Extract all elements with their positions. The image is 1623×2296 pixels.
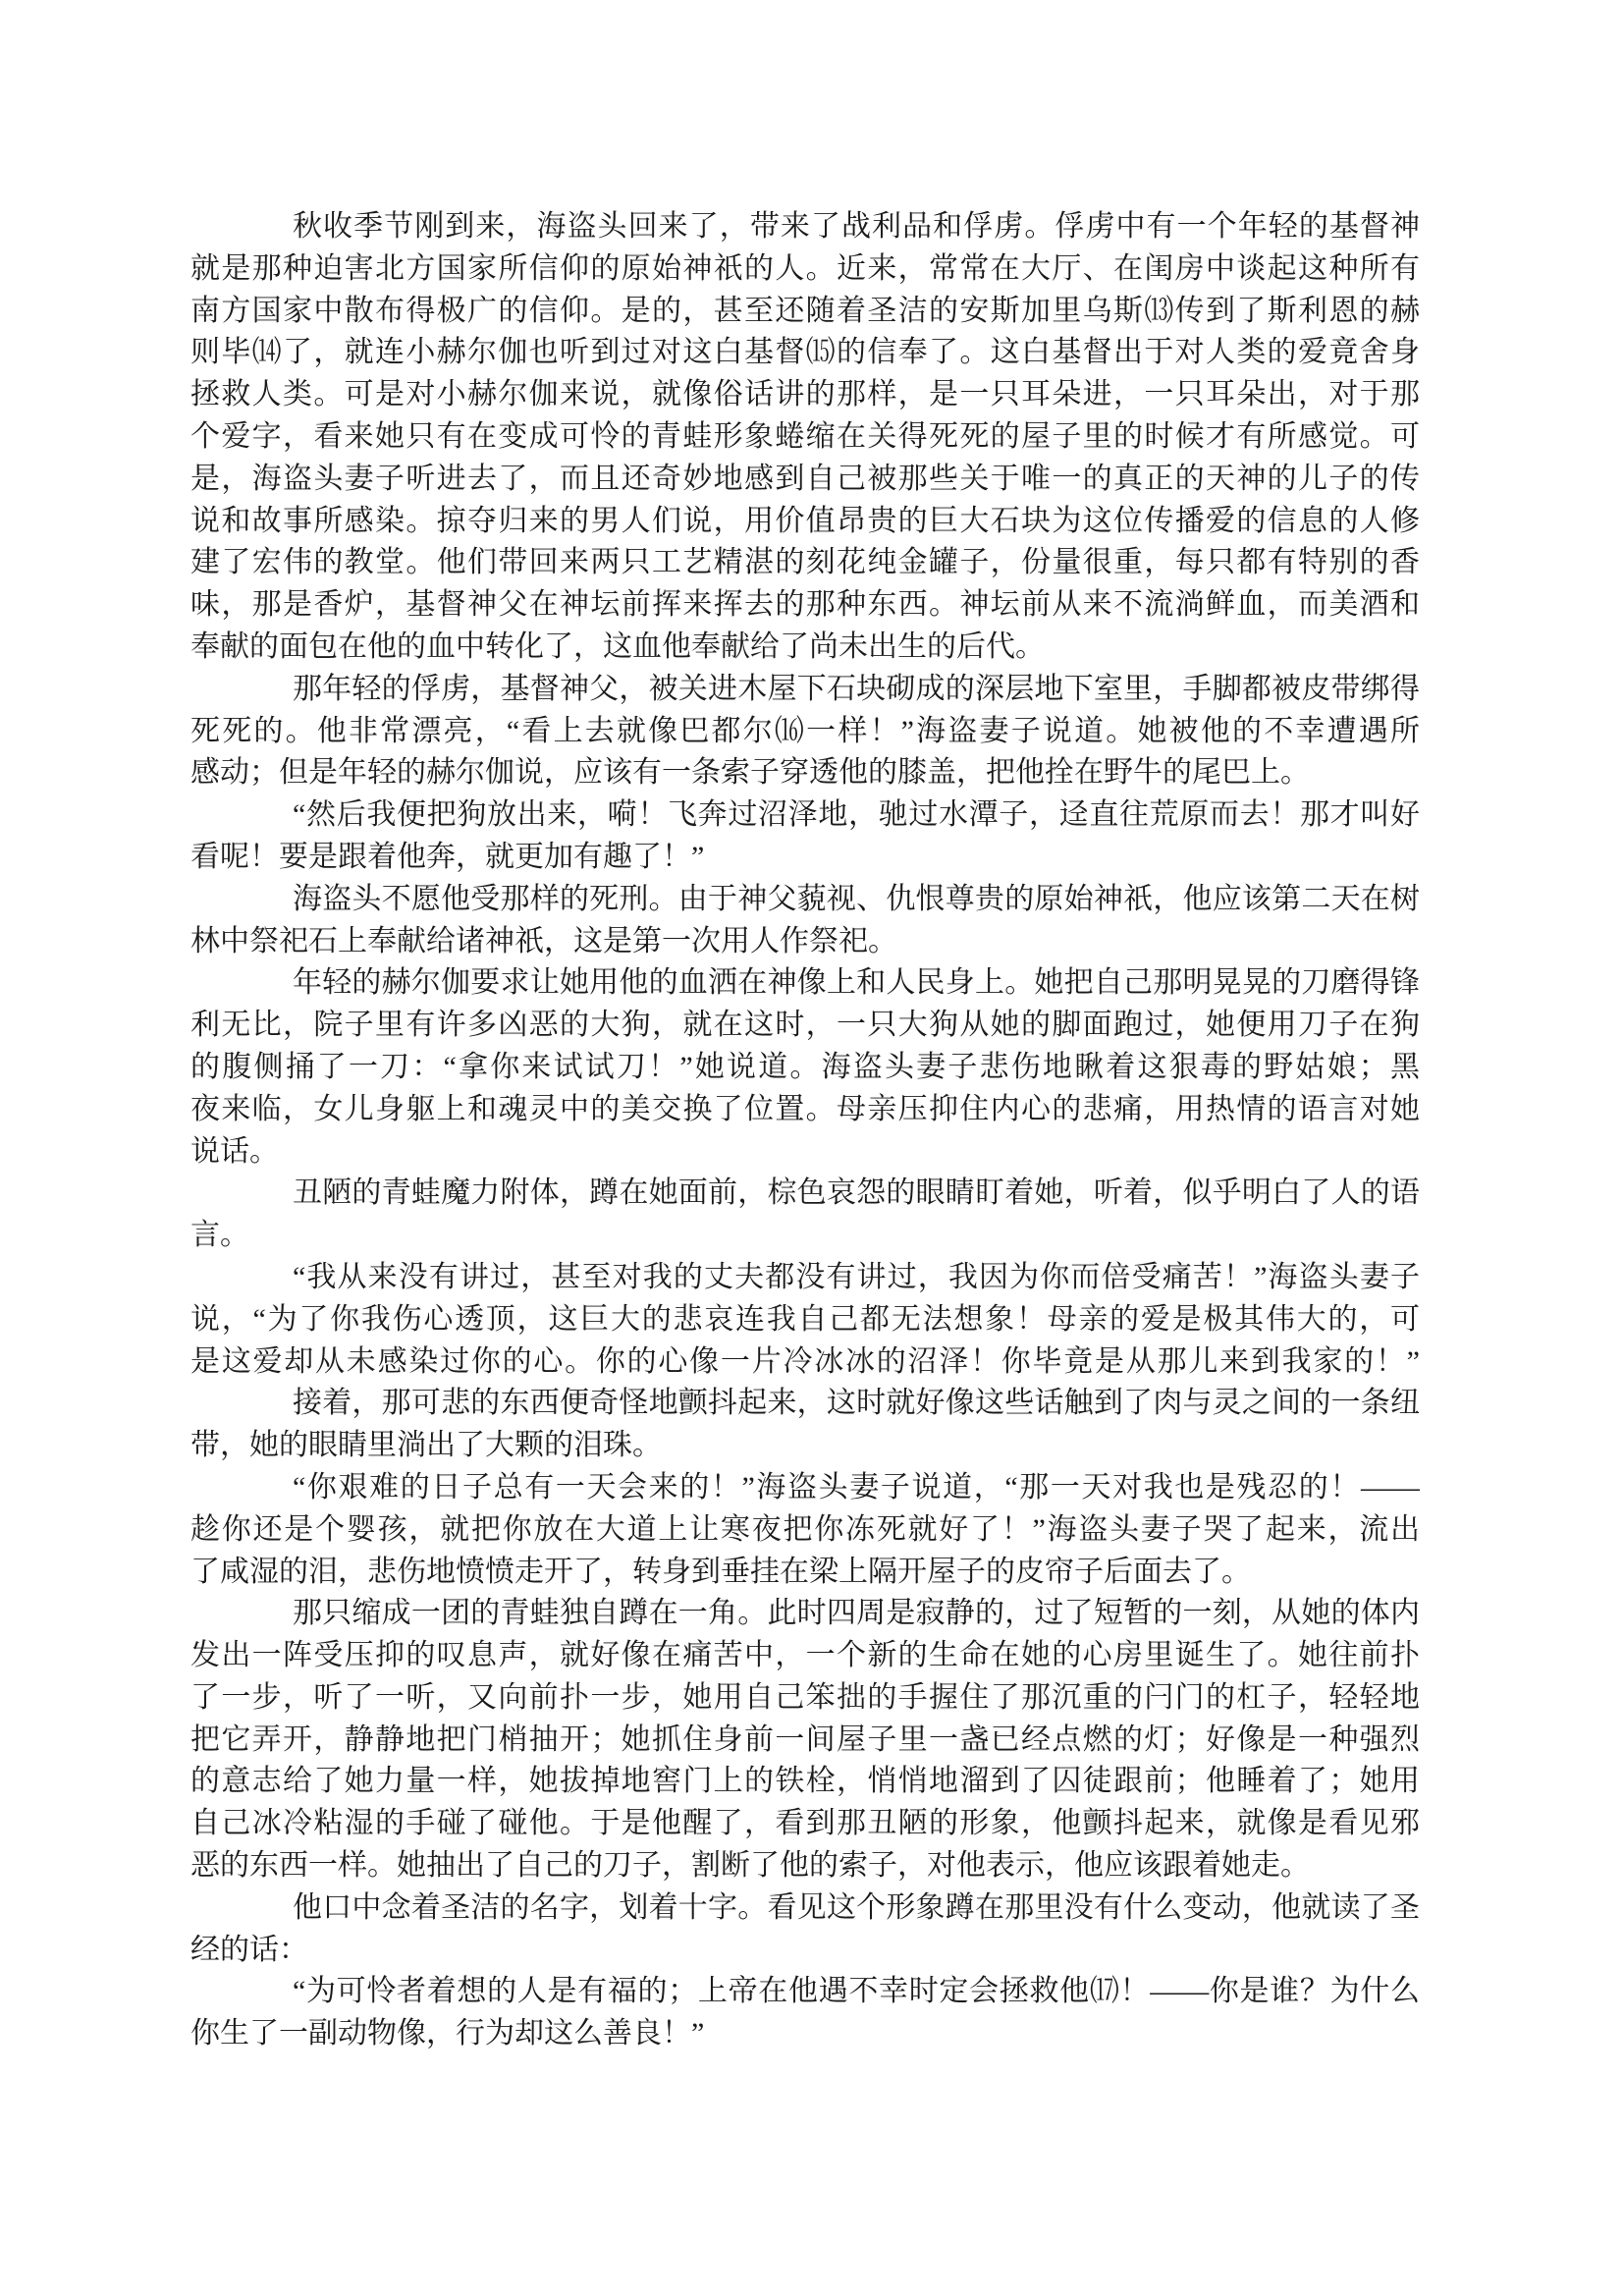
- paragraph: “然后我便把狗放出来，嗬！飞奔过沼泽地，驰过水潭子，迳直往荒原而去！那才叫好看呢…: [190, 794, 1420, 879]
- text-line: 你生了一副动物像，行为却这么善良！”: [190, 2013, 1420, 2055]
- paragraph: 海盗头不愿他受那样的死刑。由于神父藐视、仇恨尊贵的原始神祇，他应该第二天在树林中…: [190, 879, 1420, 963]
- text-line: 夜来临，女儿身躯上和魂灵中的美交换了位置。母亲压抑住内心的悲痛，用热情的语言对她: [190, 1089, 1420, 1131]
- text-line: 说和故事所感染。掠夺归来的男人们说，用价值昂贵的巨大石块为这位传播爱的信息的人修: [190, 501, 1420, 543]
- text-line: 言。: [190, 1215, 1420, 1257]
- text-line: 是这爱却从未感染过你的心。你的心像一片冷冰冰的沼泽！你毕竟是从那儿来到我家的！”: [190, 1341, 1420, 1384]
- text-line: 看呢！要是跟着他奔，就更加有趣了！”: [190, 837, 1420, 879]
- text-line: “你艰难的日子总有一天会来的！”海盗头妻子说道，“那一天对我也是残忍的！——: [190, 1467, 1420, 1509]
- text-line: 恶的东西一样。她抽出了自己的刀子，割断了他的索子，对他表示，他应该跟着她走。: [190, 1845, 1420, 1887]
- text-line: 建了宏伟的教堂。他们带回来两只工艺精湛的刻花纯金罐子，份量很重，每只都有特别的香: [190, 542, 1420, 584]
- text-line: 死死的。他非常漂亮，“看上去就像巴都尔⒃一样！”海盗妻子说道。她被他的不幸遭遇所: [190, 711, 1420, 753]
- text-line: 年轻的赫尔伽要求让她用他的血洒在神像上和人民身上。她把自己那明晃晃的刀磨得锋: [190, 962, 1420, 1005]
- paragraph: “为可怜者着想的人是有福的；上帝在他遇不幸时定会拯救他⒄！——你是谁？为什么你生…: [190, 1971, 1420, 2055]
- text-line: 的意志给了她力量一样，她拔掉地窖门上的铁栓，悄悄地溜到了囚徒跟前；他睡着了；她用: [190, 1761, 1420, 1803]
- text-line: 秋收季节刚到来，海盗头回来了，带来了战利品和俘虏。俘虏中有一个年轻的基督神父，: [190, 206, 1420, 248]
- text-line: 说话。: [190, 1131, 1420, 1174]
- paragraph: 那只缩成一团的青蛙独自蹲在一角。此时四周是寂静的，过了短暂的一刻，从她的体内发出…: [190, 1593, 1420, 1887]
- text-line: 说，“为了你我伤心透顶，这巨大的悲哀连我自己都无法想象！母亲的爱是极其伟大的，可: [190, 1299, 1420, 1341]
- text-line: 丑陋的青蛙魔力附体，蹲在她面前，棕色哀怨的眼睛盯着她，听着，似乎明白了人的语: [190, 1173, 1420, 1215]
- text-line: 奉献的面包在他的血中转化了，这血他奉献给了尚未出生的后代。: [190, 627, 1420, 669]
- text-line: 味，那是香炉，基督神父在神坛前挥来挥去的那种东西。神坛前从来不流淌鲜血，而美酒和: [190, 584, 1420, 627]
- text-line: 经的话：: [190, 1930, 1420, 1972]
- text-line: “我从来没有讲过，甚至对我的丈夫都没有讲过，我因为你而倍受痛苦！”海盗头妻子: [190, 1257, 1420, 1299]
- text-line: 则毕⒁了，就连小赫尔伽也听到过对这白基督⒂的信奉了。这白基督出于对人类的爱竟舍身: [190, 332, 1420, 374]
- paragraph: 丑陋的青蛙魔力附体，蹲在她面前，棕色哀怨的眼睛盯着她，听着，似乎明白了人的语言。: [190, 1173, 1420, 1257]
- text-block: 秋收季节刚到来，海盗头回来了，带来了战利品和俘虏。俘虏中有一个年轻的基督神父，就…: [190, 206, 1420, 2055]
- paragraph: 接着，那可悲的东西便奇怪地颤抖起来，这时就好像这些话触到了肉与灵之间的一条纽带，…: [190, 1383, 1420, 1467]
- text-line: 趁你还是个婴孩，就把你放在大道上让寒夜把你冻死就好了！”海盗头妻子哭了起来，流出: [190, 1509, 1420, 1552]
- paragraph: “你艰难的日子总有一天会来的！”海盗头妻子说道，“那一天对我也是残忍的！——趁你…: [190, 1467, 1420, 1593]
- text-line: 了一步，听了一听，又向前扑一步，她用自己笨拙的手握住了那沉重的闩门的杠子，轻轻地: [190, 1677, 1420, 1720]
- text-line: 是，海盗头妻子听进去了，而且还奇妙地感到自己被那些关于唯一的真正的天神的儿子的传: [190, 459, 1420, 501]
- text-line: 的腹侧捅了一刀：“拿你来试试刀！”她说道。海盗头妻子悲伤地瞅着这狠毒的野姑娘；黑: [190, 1047, 1420, 1089]
- text-line: 那只缩成一团的青蛙独自蹲在一角。此时四周是寂静的，过了短暂的一刻，从她的体内: [190, 1593, 1420, 1635]
- text-line: 拯救人类。可是对小赫尔伽来说，就像俗话讲的那样，是一只耳朵进，一只耳朵出，对于那: [190, 374, 1420, 416]
- text-line: 发出一阵受压抑的叹息声，就好像在痛苦中，一个新的生命在她的心房里诞生了。她往前扑: [190, 1635, 1420, 1677]
- text-line: 他口中念着圣洁的名字，划着十字。看见这个形象蹲在那里没有什么变动，他就读了圣: [190, 1887, 1420, 1930]
- text-line: 个爱字，看来她只有在变成可怜的青蛙形象蜷缩在关得死死的屋子里的时候才有所感觉。可: [190, 416, 1420, 459]
- paragraph: “我从来没有讲过，甚至对我的丈夫都没有讲过，我因为你而倍受痛苦！”海盗头妻子说，…: [190, 1257, 1420, 1383]
- text-line: 带，她的眼睛里淌出了大颗的泪珠。: [190, 1425, 1420, 1467]
- text-line: 南方国家中散布得极广的信仰。是的，甚至还随着圣洁的安斯加里乌斯⒀传到了斯利恩的赫: [190, 291, 1420, 333]
- text-line: 接着，那可悲的东西便奇怪地颤抖起来，这时就好像这些话触到了肉与灵之间的一条纽: [190, 1383, 1420, 1425]
- paragraph: 那年轻的俘虏，基督神父，被关进木屋下石块砌成的深层地下室里，手脚都被皮带绑得死死…: [190, 669, 1420, 794]
- paragraph: 他口中念着圣洁的名字，划着十字。看见这个形象蹲在那里没有什么变动，他就读了圣经的…: [190, 1887, 1420, 1972]
- text-line: 就是那种迫害北方国家所信仰的原始神祇的人。近来，常常在大厅、在闺房中谈起这种所有: [190, 248, 1420, 291]
- text-line: “为可怜者着想的人是有福的；上帝在他遇不幸时定会拯救他⒄！——你是谁？为什么: [190, 1971, 1420, 2013]
- text-line: 把它弄开，静静地把门梢抽开；她抓住身前一间屋子里一盏已经点燃的灯；好像是一种强烈: [190, 1720, 1420, 1762]
- text-line: 利无比，院子里有许多凶恶的大狗，就在这时，一只大狗从她的脚面跑过，她便用刀子在狗: [190, 1005, 1420, 1047]
- text-line: “然后我便把狗放出来，嗬！飞奔过沼泽地，驰过水潭子，迳直往荒原而去！那才叫好: [190, 794, 1420, 837]
- text-line: 海盗头不愿他受那样的死刑。由于神父藐视、仇恨尊贵的原始神祇，他应该第二天在树: [190, 879, 1420, 921]
- text-line: 那年轻的俘虏，基督神父，被关进木屋下石块砌成的深层地下室里，手脚都被皮带绑得: [190, 669, 1420, 711]
- text-line: 了咸湿的泪，悲伤地愤愤走开了，转身到垂挂在梁上隔开屋子的皮帘子后面去了。: [190, 1552, 1420, 1594]
- text-line: 自己冰冷粘湿的手碰了碰他。于是他醒了，看到那丑陋的形象，他颤抖起来，就像是看见邪: [190, 1803, 1420, 1845]
- document-page: 秋收季节刚到来，海盗头回来了，带来了战利品和俘虏。俘虏中有一个年轻的基督神父，就…: [0, 0, 1623, 2296]
- paragraph: 年轻的赫尔伽要求让她用他的血洒在神像上和人民身上。她把自己那明晃晃的刀磨得锋利无…: [190, 962, 1420, 1173]
- text-line: 感动；但是年轻的赫尔伽说，应该有一条索子穿透他的膝盖，把他拴在野牛的尾巴上。: [190, 752, 1420, 794]
- text-line: 林中祭祀石上奉献给诸神祇，这是第一次用人作祭祀。: [190, 921, 1420, 963]
- paragraph: 秋收季节刚到来，海盗头回来了，带来了战利品和俘虏。俘虏中有一个年轻的基督神父，就…: [190, 206, 1420, 669]
